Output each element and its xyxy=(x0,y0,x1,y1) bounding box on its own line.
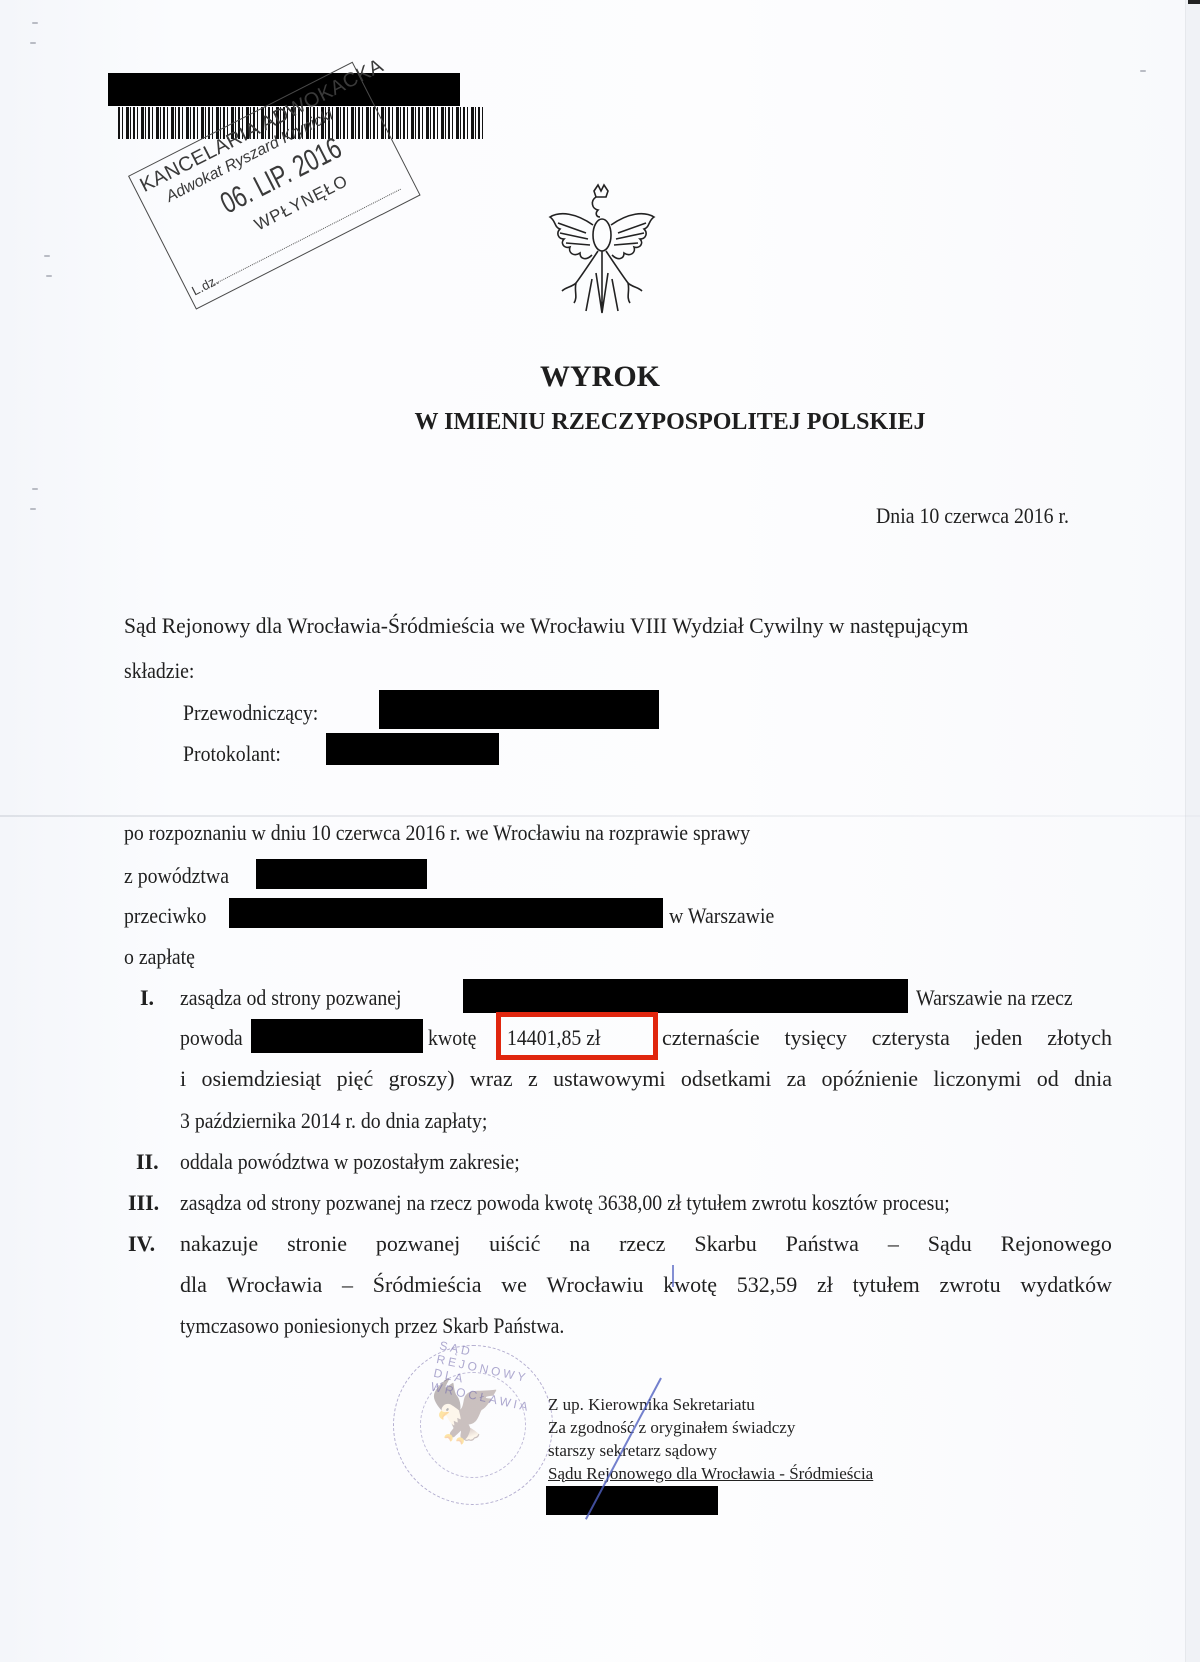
word: pięć xyxy=(337,1066,374,1092)
ruling-2-number: II. xyxy=(136,1149,159,1175)
word: złotych xyxy=(1047,1025,1112,1051)
word: odsetkami xyxy=(681,1066,771,1092)
ruling-1-line2-words: czternaścietysięcyczterystajedenzłotych xyxy=(662,1025,1112,1051)
word: Śródmieścia xyxy=(373,1272,482,1298)
scan-speck xyxy=(1140,70,1146,72)
clerk-label: Protokolant: xyxy=(183,741,281,767)
against-city: w Warszawie xyxy=(669,903,774,929)
word: i xyxy=(180,1066,186,1092)
word: pozwanej xyxy=(376,1231,460,1257)
word: zwrotu xyxy=(940,1272,1001,1298)
ruling-1-line1-start: zasądza od strony pozwanej xyxy=(180,985,402,1011)
court-line: Sąd Rejonowy dla Wrocławia-Śródmieścia w… xyxy=(124,613,1091,639)
ruling-1-plaintiff-label: powoda xyxy=(180,1025,243,1051)
case-intro: po rozpoznaniu w dniu 10 czerwca 2016 r.… xyxy=(124,820,750,846)
scan-speck xyxy=(32,22,38,24)
redacted-chair-name xyxy=(379,690,659,729)
word: zł xyxy=(817,1272,833,1298)
ruling-3-text: zasądza od strony pozwanej na rzecz powo… xyxy=(180,1190,950,1216)
word: stronie xyxy=(287,1231,347,1257)
redacted-defendant-2 xyxy=(463,979,908,1013)
court-seal: 🦅 SĄD REJONOWY DLA WROCŁAWIA xyxy=(393,1345,553,1505)
ruling-4-line1-words: nakazujestroniepozwanejuiścićnarzeczSkar… xyxy=(180,1231,1112,1257)
scan-speck xyxy=(30,508,36,510)
word: ustawowymi xyxy=(553,1066,665,1092)
redacted-secretary-name xyxy=(546,1486,718,1515)
word: czternaście xyxy=(662,1025,760,1051)
court-text: Sąd Rejonowy dla Wrocławia-Śródmieścia w… xyxy=(124,613,968,639)
word: osiemdziesiąt xyxy=(201,1066,321,1092)
cert-line-3: starszy sekretarz sądowy xyxy=(548,1441,717,1461)
word: wydatków xyxy=(1020,1272,1112,1298)
word: z xyxy=(528,1066,538,1092)
amount-highlight-box xyxy=(496,1012,658,1060)
scan-speck xyxy=(44,255,50,257)
judgment-date: Dnia 10 czerwca 2016 r. xyxy=(876,503,1069,529)
ruling-1-number: I. xyxy=(140,985,154,1011)
stamp-ldz: L.dz. xyxy=(189,272,221,298)
ruling-1-kwote: kwotę xyxy=(428,1025,476,1051)
word: na xyxy=(569,1231,590,1257)
word: nakazuje xyxy=(180,1231,258,1257)
word: jeden xyxy=(975,1025,1023,1051)
ruling-2-text: oddala powództwa w pozostałym zakresie; xyxy=(180,1149,520,1175)
redacted-plaintiff xyxy=(256,859,427,889)
word: dnia xyxy=(1074,1066,1112,1092)
redacted-defendant xyxy=(229,898,663,928)
case-subject: o zapłatę xyxy=(124,944,195,970)
scan-speck xyxy=(32,488,38,490)
word: czterysta xyxy=(872,1025,950,1051)
word: opóźnienie xyxy=(822,1066,919,1092)
against-label: przeciwko xyxy=(124,903,206,929)
word: we xyxy=(501,1272,527,1298)
ruling-1-line1-end: Warszawie na rzecz xyxy=(916,985,1073,1011)
ruling-4-line3: tymczasowo poniesionych przez Skarb Pańs… xyxy=(180,1313,564,1339)
scanned-page: KANCELARIA ADWOKACKA Adwokat Ryszard Kry… xyxy=(0,0,1200,1662)
ruling-3-number: III. xyxy=(128,1190,159,1216)
page-edge xyxy=(1185,0,1200,1662)
word: – xyxy=(342,1272,353,1298)
ruling-4-line2-words: dlaWrocławia–ŚródmieściaweWrocławiukwotę… xyxy=(180,1272,1112,1298)
chair-label: Przewodniczący: xyxy=(183,700,318,726)
ruling-4-number: IV. xyxy=(128,1231,155,1257)
word: Wrocławia xyxy=(227,1272,323,1298)
word: Sądu xyxy=(928,1231,972,1257)
ruling-1-line3-words: iosiemdziesiątpięćgroszy)wrazzustawowymi… xyxy=(180,1066,1112,1092)
polish-eagle-icon xyxy=(546,183,656,321)
cert-line-2: Za zgodność z oryginałem świadczy xyxy=(548,1418,795,1438)
plaintiff-label: z powództwa xyxy=(124,863,229,889)
word: – xyxy=(888,1231,899,1257)
judgment-title: WYROK xyxy=(0,360,1200,394)
word: za xyxy=(787,1066,807,1092)
word: groszy) xyxy=(389,1066,455,1092)
word: wraz xyxy=(470,1066,513,1092)
scan-speck xyxy=(30,42,36,44)
scan-speck xyxy=(46,275,52,277)
word: rzecz xyxy=(619,1231,665,1257)
word: tysięcy xyxy=(785,1025,847,1051)
word: Skarbu xyxy=(694,1231,756,1257)
court-line-2: składzie: xyxy=(124,658,194,684)
word: od xyxy=(1037,1066,1059,1092)
word: 532,59 xyxy=(737,1272,798,1298)
word: dla xyxy=(180,1272,207,1298)
fold-line xyxy=(0,815,1200,817)
redacted-clerk-name xyxy=(326,733,499,765)
word: Wrocławiu xyxy=(547,1272,644,1298)
signature-mark xyxy=(672,1265,674,1287)
word: Państwa xyxy=(786,1231,859,1257)
word: tytułem xyxy=(853,1272,920,1298)
cert-line-4: Sądu Rejonowego dla Wrocławia - Śródmieś… xyxy=(548,1464,873,1484)
redacted-plaintiff-2 xyxy=(251,1019,423,1053)
word: Rejonowego xyxy=(1001,1231,1112,1257)
word: liczonymi xyxy=(933,1066,1021,1092)
ruling-1-line4: 3 października 2014 r. do dnia zapłaty; xyxy=(180,1108,487,1134)
judgment-subtitle: W IMIENIU RZECZYPOSPOLITEJ POLSKIEJ xyxy=(70,409,1200,436)
word: uiścić xyxy=(489,1231,540,1257)
